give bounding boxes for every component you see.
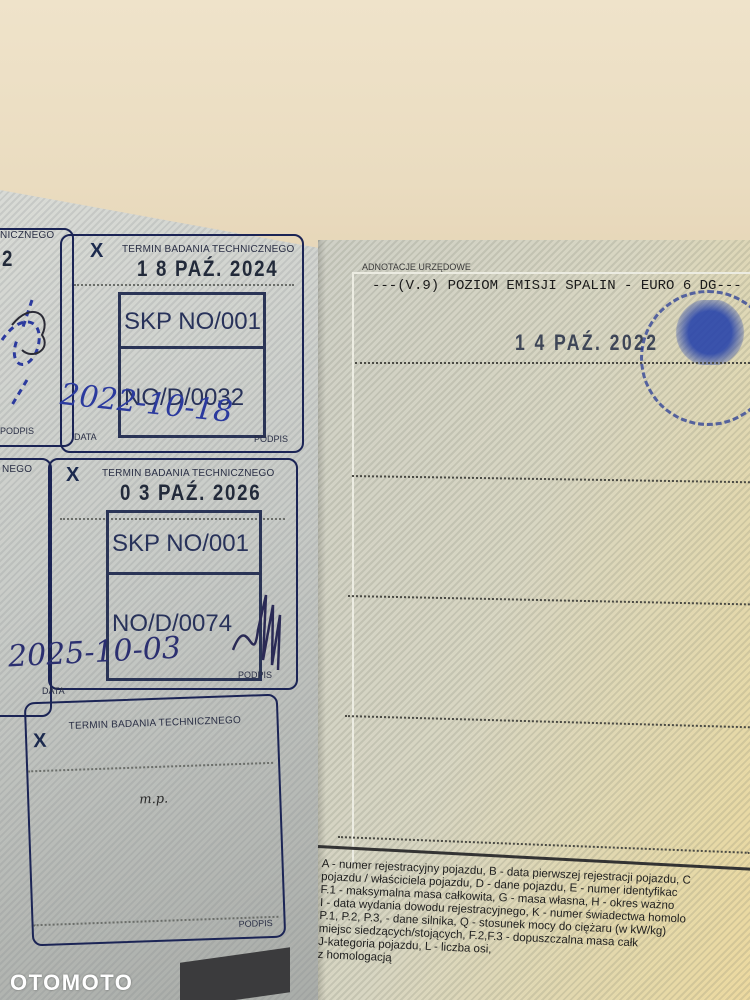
box-2-stamp-divider [106, 572, 259, 575]
inspection-box-2: X TERMIN BADANIA TECHNICZNEGO 0 3 PAŹ. 2… [48, 458, 298, 690]
partial-inspection-box-mid: NEGO [0, 458, 52, 717]
otomoto-watermark-logo: OTOMOTO [10, 970, 133, 996]
box-2-label: TERMIN BADANIA TECHNICZNEGO [102, 468, 274, 479]
box-1-mark: X [90, 240, 103, 263]
official-annotations-label: ADNOTACJE URZĘDOWE [362, 262, 471, 272]
official-seal-emblem [675, 300, 745, 365]
box-3-mark: X [33, 730, 47, 753]
box-3-label: TERMIN BADANIA TECHNICZNEGO [68, 715, 241, 732]
box-1-label: TERMIN BADANIA TECHNICZNEGO [122, 244, 294, 255]
emission-annotation: ---(V.9) POZIOM EMISJI SPALIN - EURO 6 D… [372, 278, 742, 294]
partial-box-digit: 2 [2, 246, 14, 272]
signature-scribble [228, 590, 288, 680]
partial-box-mid-label: NEGO [2, 464, 32, 475]
annotation-date-stamp: 1 4 PAŹ. 2022 [515, 330, 658, 356]
box-1-stamp-divider [118, 346, 263, 349]
box-1-station-code: SKP NO/001 [124, 308, 261, 336]
field-legend: A - numer rejestracyjny pojazdu, B - dat… [317, 858, 750, 982]
box-3-dotted-line [28, 762, 273, 773]
partial-box-podpis: PODPIS [0, 426, 34, 436]
box-1-data-label: DATA [74, 432, 97, 442]
box-1-dotted-line [74, 284, 294, 286]
partial-box-label: TECHNICZNEGO [0, 230, 54, 241]
box-2-mark: X [66, 464, 79, 487]
box-1-podpis-label: PODPIS [254, 434, 288, 444]
annotation-line-1 [355, 362, 750, 364]
box-1-due-date-stamp: 1 8 PAŹ. 2024 [137, 256, 278, 282]
box-2-data-label: DATA [42, 686, 65, 696]
box-2-station-code: SKP NO/001 [112, 530, 249, 558]
box-3-podpis-label: PODPIS [239, 918, 273, 929]
box-2-due-date-stamp: 0 3 PAŹ. 2026 [120, 480, 261, 506]
signature-scribble [0, 280, 52, 410]
box-3-mp-label: m.p. [139, 792, 168, 808]
inspection-box-3: X TERMIN BADANIA TECHNICZNEGO m.p. PODPI… [24, 694, 286, 947]
inspection-box-1: X TERMIN BADANIA TECHNICZNEGO 1 8 PAŹ. 2… [60, 234, 304, 453]
